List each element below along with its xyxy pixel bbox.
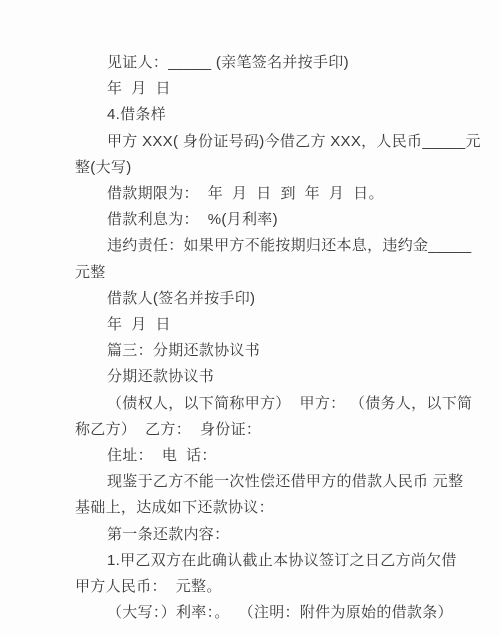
- document-line: 年 月 日: [75, 76, 440, 102]
- document-line: 借款利息为： %(月利率): [75, 207, 440, 233]
- document-line: 第一条还款内容：: [75, 522, 440, 548]
- document-line: 借款人(签名并按手印): [75, 286, 440, 312]
- document-line: 基础上，达成如下还款协议：: [75, 495, 440, 521]
- document-line: 整(大写): [75, 155, 440, 181]
- document-line: 4.借条样: [75, 102, 440, 128]
- document-line: 甲方 XXX( 身份证号码)今借乙方 XXX，人民币_____元: [75, 129, 440, 155]
- document-line: 篇三：分期还款协议书: [75, 338, 440, 364]
- document-body: 见证人：_____ (亲笔签名并按手印)年 月 日4.借条样甲方 XXX( 身份…: [75, 50, 440, 626]
- document-line: 住址： 电 话：: [75, 443, 440, 469]
- document-line: 1.甲乙双方在此确认截止本协议签订之日乙方尚欠借: [75, 548, 440, 574]
- document-line: 借款期限为： 年 月 日 到 年 月 日。: [75, 181, 440, 207]
- document-line: 甲方人民币： 元整。: [75, 574, 440, 600]
- document-line: 年 月 日: [75, 312, 440, 338]
- document-line: 见证人：_____ (亲笔签名并按手印): [75, 50, 440, 76]
- document-line: 违约责任：如果甲方不能按期归还本息，违约金_____: [75, 233, 440, 259]
- document-line: （债权人，以下简称甲方） 甲方： （债务人，以下简: [75, 391, 440, 417]
- document-line: 现鉴于乙方不能一次性偿还借甲方的借款人民币 元整: [75, 469, 440, 495]
- document-line: 元整: [75, 260, 440, 286]
- document-line: （大写：）利率：。 （注明：附件为原始的借款条）: [75, 600, 440, 626]
- document-line: 称乙方） 乙方： 身份证：: [75, 417, 440, 443]
- document-line: 分期还款协议书: [75, 364, 440, 390]
- document-page: 见证人：_____ (亲笔签名并按手印)年 月 日4.借条样甲方 XXX( 身份…: [0, 0, 500, 636]
